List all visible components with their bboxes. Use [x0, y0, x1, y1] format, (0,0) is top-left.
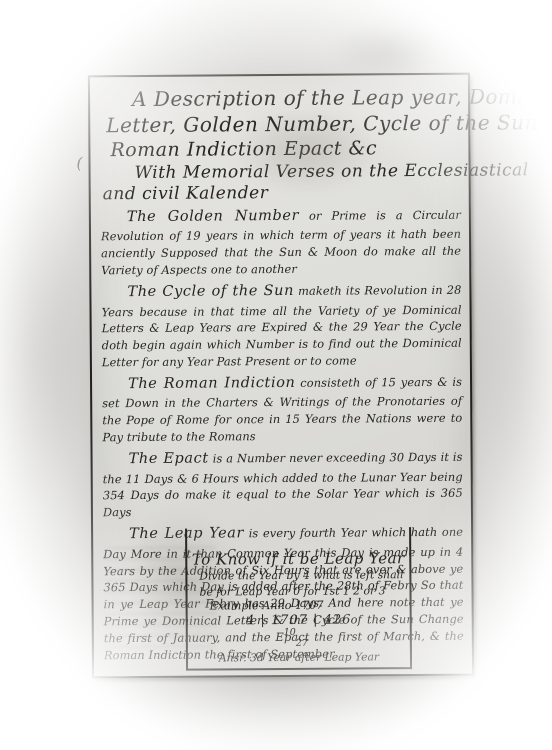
- box-heading: To Know if it be Leap Year: [187, 549, 409, 569]
- paragraph-epact: The Epact is a Number never exceeding 30…: [103, 447, 463, 522]
- margin-flourish-icon: (: [75, 153, 85, 173]
- box-rule-line-1: Divide the Year by 4 what is left shall: [199, 567, 409, 584]
- manuscript-photo: ( A Description of the Leap year, Domini…: [0, 0, 552, 750]
- backdrop-stain: [0, 200, 80, 500]
- backdrop-stain: [330, 20, 450, 80]
- box-rule-line-2: be for Leap Year 0 for 1st 1 2 or 3: [199, 583, 409, 600]
- box-example: Example Anno 1707: [210, 598, 410, 612]
- division-remainder-2: 27: [194, 638, 410, 650]
- title-line-5: and civil Kalender: [103, 182, 463, 206]
- title-line-2: Letter, Golden Number, Cycle of the Sun: [106, 110, 462, 138]
- manuscript-page: ( A Description of the Leap year, Domini…: [88, 73, 474, 679]
- paragraph-lead: The Roman Indiction: [128, 375, 295, 392]
- paragraph-lead: The Epact: [129, 451, 209, 468]
- title-line-3: Roman Indiction Epact &c: [110, 136, 462, 163]
- paragraph-roman-indiction: The Roman Indiction consisteth of 15 yea…: [102, 372, 462, 447]
- backdrop-stain: [480, 150, 552, 500]
- title-line-4: With Memorial Verses on the Ecclesiastic…: [135, 160, 463, 184]
- paragraph-lead: The Golden Number: [127, 208, 299, 225]
- box-answer: Ansr. 3d Year after Leap Year: [188, 650, 410, 665]
- paragraph-lead: The Cycle of the Sun: [127, 283, 294, 300]
- title-line-1: A Description of the Leap year, Dominica…: [132, 85, 462, 113]
- division-working: 4 | 1707 | 426: [188, 612, 410, 629]
- paragraph-golden-number: The Golden Number or Prime is a Circular…: [101, 205, 461, 280]
- leap-year-rule-box: To Know if it be Leap Year Divide the Ye…: [185, 527, 412, 671]
- paragraph-cycle-of-sun: The Cycle of the Sun maketh its Revoluti…: [101, 280, 462, 371]
